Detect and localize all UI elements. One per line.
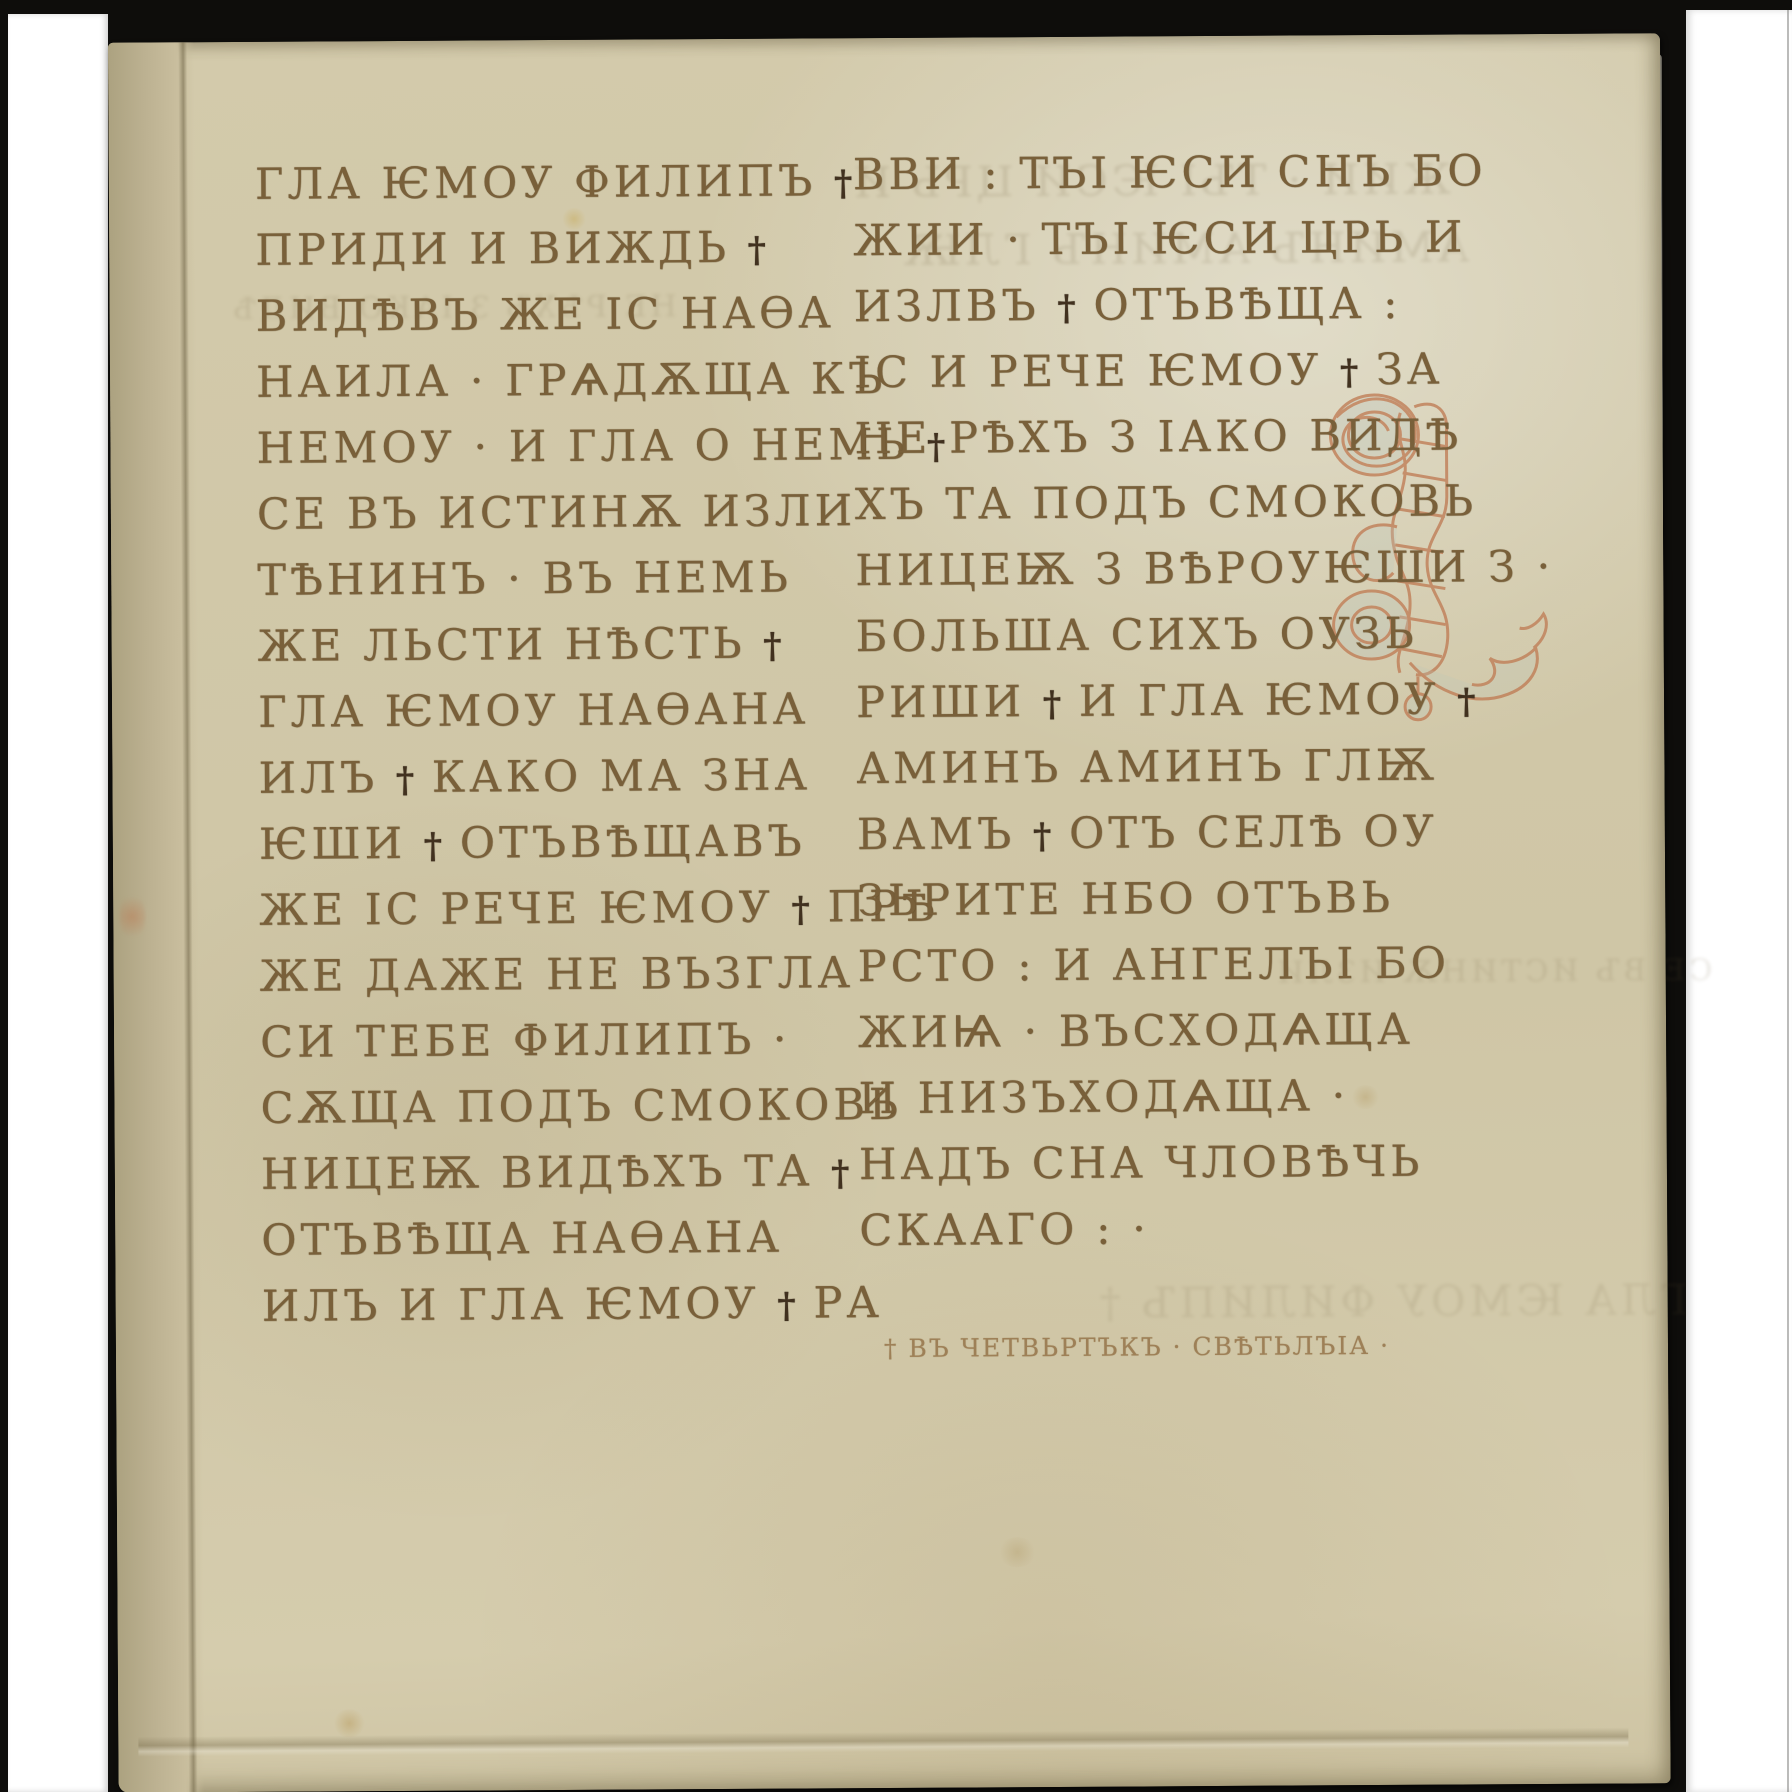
manuscript-line: СЕ ВЪ ИСТИНѪ ИЗЛИ — [257, 486, 856, 540]
manuscript-line: ЖЕ ІС РЕЧЕ ѤМОУ † ПРѢ — [259, 882, 939, 936]
parchment-stain — [1350, 1085, 1380, 1109]
manuscript-line: ѤШИ † ОТЪВѢЩАВЪ — [259, 816, 806, 869]
manuscript-line: НАДЪ СНА ЧЛОВѢЧЬ — [859, 1137, 1424, 1190]
manuscript-line: ВИДѢВЪ ЖЕ ІС НАѲА — [256, 288, 835, 342]
bleed-through: ГЛА ѤМОУ ФИЛИПЪ † — [1096, 1275, 1688, 1328]
manuscript-line: ИЗЛВЪ † ОТЪВѢЩА : — [853, 279, 1401, 332]
cross-mark: † — [1033, 816, 1052, 857]
cross-mark: † — [831, 1153, 850, 1194]
manuscript-line: ЖИѨ · ВЪСХОДѦЩА — [858, 1005, 1414, 1058]
manuscript-line: ПРИДИ И ВИЖДЬ † — [255, 223, 766, 276]
scan-backing-left — [8, 14, 108, 1792]
cross-mark: † — [1457, 681, 1476, 722]
cross-mark: † — [1043, 684, 1062, 725]
manuscript-line: ОТЪВѢЩА НАѲАНА — [261, 1213, 783, 1266]
manuscript-line: ЖЕ ДАЖЕ НЕ ВЪЗГЛА — [260, 948, 855, 1002]
manuscript-line: ХЪ ТА ПОДЪ СМОКОВЬ — [855, 476, 1477, 530]
cross-mark: † — [396, 760, 415, 801]
manuscript-line: НАИЛА · ГРѦДѪЩА КЪ — [256, 354, 887, 408]
manuscript-line: НИЦЕѬ З ВѢРОУѤШИ З · — [855, 542, 1554, 596]
cross-mark: † — [763, 626, 782, 667]
cross-mark: † — [1340, 352, 1359, 393]
manuscript-line: НЕ РѢХЪ З ІАКО ВИДѢ — [854, 410, 1462, 464]
manuscript-line: СКААГО : · — [859, 1204, 1150, 1256]
manuscript-line: БОЛЬША СИХЪ ОУЗЬ — [856, 609, 1418, 662]
cross-mark: † — [777, 1286, 796, 1327]
manuscript-line: ИЛЪ И ГЛА ѤМОУ † РА — [262, 1278, 883, 1332]
manuscript-line: ГЛА ѤМОУ ФИЛИПЪ † — [255, 156, 853, 210]
backing-edge-line — [1787, 10, 1789, 1792]
parchment-stain — [997, 1537, 1037, 1567]
manuscript-page: ЖИИ · ТЪІ ѤСИ ЦРЬ И АМИНЪ АМИНЪ ГЛѬ СЕ В… — [108, 33, 1671, 1792]
manuscript-photograph: ЖИИ · ТЪІ ѤСИ ЦРЬ И АМИНЪ АМИНЪ ГЛѬ СЕ В… — [0, 0, 1792, 1792]
manuscript-line: И НИЗЪХОДѦЩА · — [858, 1071, 1349, 1124]
manuscript-line: ГЛА ѤМОУ НАѲАНА — [258, 684, 809, 737]
manuscript-line: ІС И РЕЧЕ ѤМОУ † ЗА — [854, 345, 1444, 399]
parchment-stain — [332, 1709, 366, 1737]
manuscript-line: АМИНЪ АМИНЪ ГЛѬ — [856, 741, 1438, 795]
cross-mark: † — [747, 230, 766, 271]
margin-smudge — [119, 891, 145, 943]
cross-mark: † — [424, 826, 443, 867]
cross-mark: † — [791, 889, 810, 930]
manuscript-line: ТѢНИНЪ · ВЪ НЕМЬ — [257, 553, 792, 606]
manuscript-line: ВАМЪ † ОТЪ СЕЛѢ ОУ — [857, 807, 1438, 861]
manuscript-line: ИЛЪ † КАКО МА ЗНА — [258, 750, 811, 803]
manuscript-line: РИШИ † И ГЛА ѤМОУ † — [856, 674, 1476, 728]
manuscript-line: ЖЕ ЛЬСТИ НѢСТЬ † — [258, 619, 782, 672]
scan-backing-right — [1686, 10, 1792, 1792]
text-column-right: ВВИ : ТЪІ ѤСИ СНЪ БОЖИИ · ТЪІ ѤСИ ЦРЬ ИИ… — [853, 146, 1473, 150]
manuscript-line: ВВИ : ТЪІ ѤСИ СНЪ БО — [853, 146, 1487, 200]
manuscript-line: СИ ТЕБЕ ФИЛИПЪ · — [260, 1015, 791, 1068]
manuscript-line: НЕМОУ · И ГЛА О НЕМЬ † — [256, 420, 945, 474]
cross-mark: † — [834, 163, 853, 204]
calendar-rubric: † ВЪ ЧЕТВЬРТЪКЪ · СВѢТЬЛЪІА · — [884, 1331, 1390, 1363]
manuscript-line: ЗЬРИТЕ НБО ОТЪВЬ — [857, 873, 1394, 926]
manuscript-line: ЖИИ · ТЪІ ѤСИ ЦРЬ И — [853, 212, 1466, 266]
manuscript-line: СѪЩА ПОДЪ СМОКОВЬ — [260, 1080, 902, 1134]
manuscript-line: РСТО : И АНГЕЛЪІ БО — [858, 939, 1451, 993]
text-column-left: ГЛА ѤМОУ ФИЛИПЪ †ПРИДИ И ВИЖДЬ †ВИДѢВЪ Ж… — [255, 156, 855, 160]
cross-mark: † — [1057, 288, 1076, 329]
manuscript-line: НИЦЕѬ ВИДѢХЪ ТА † — [261, 1146, 850, 1200]
